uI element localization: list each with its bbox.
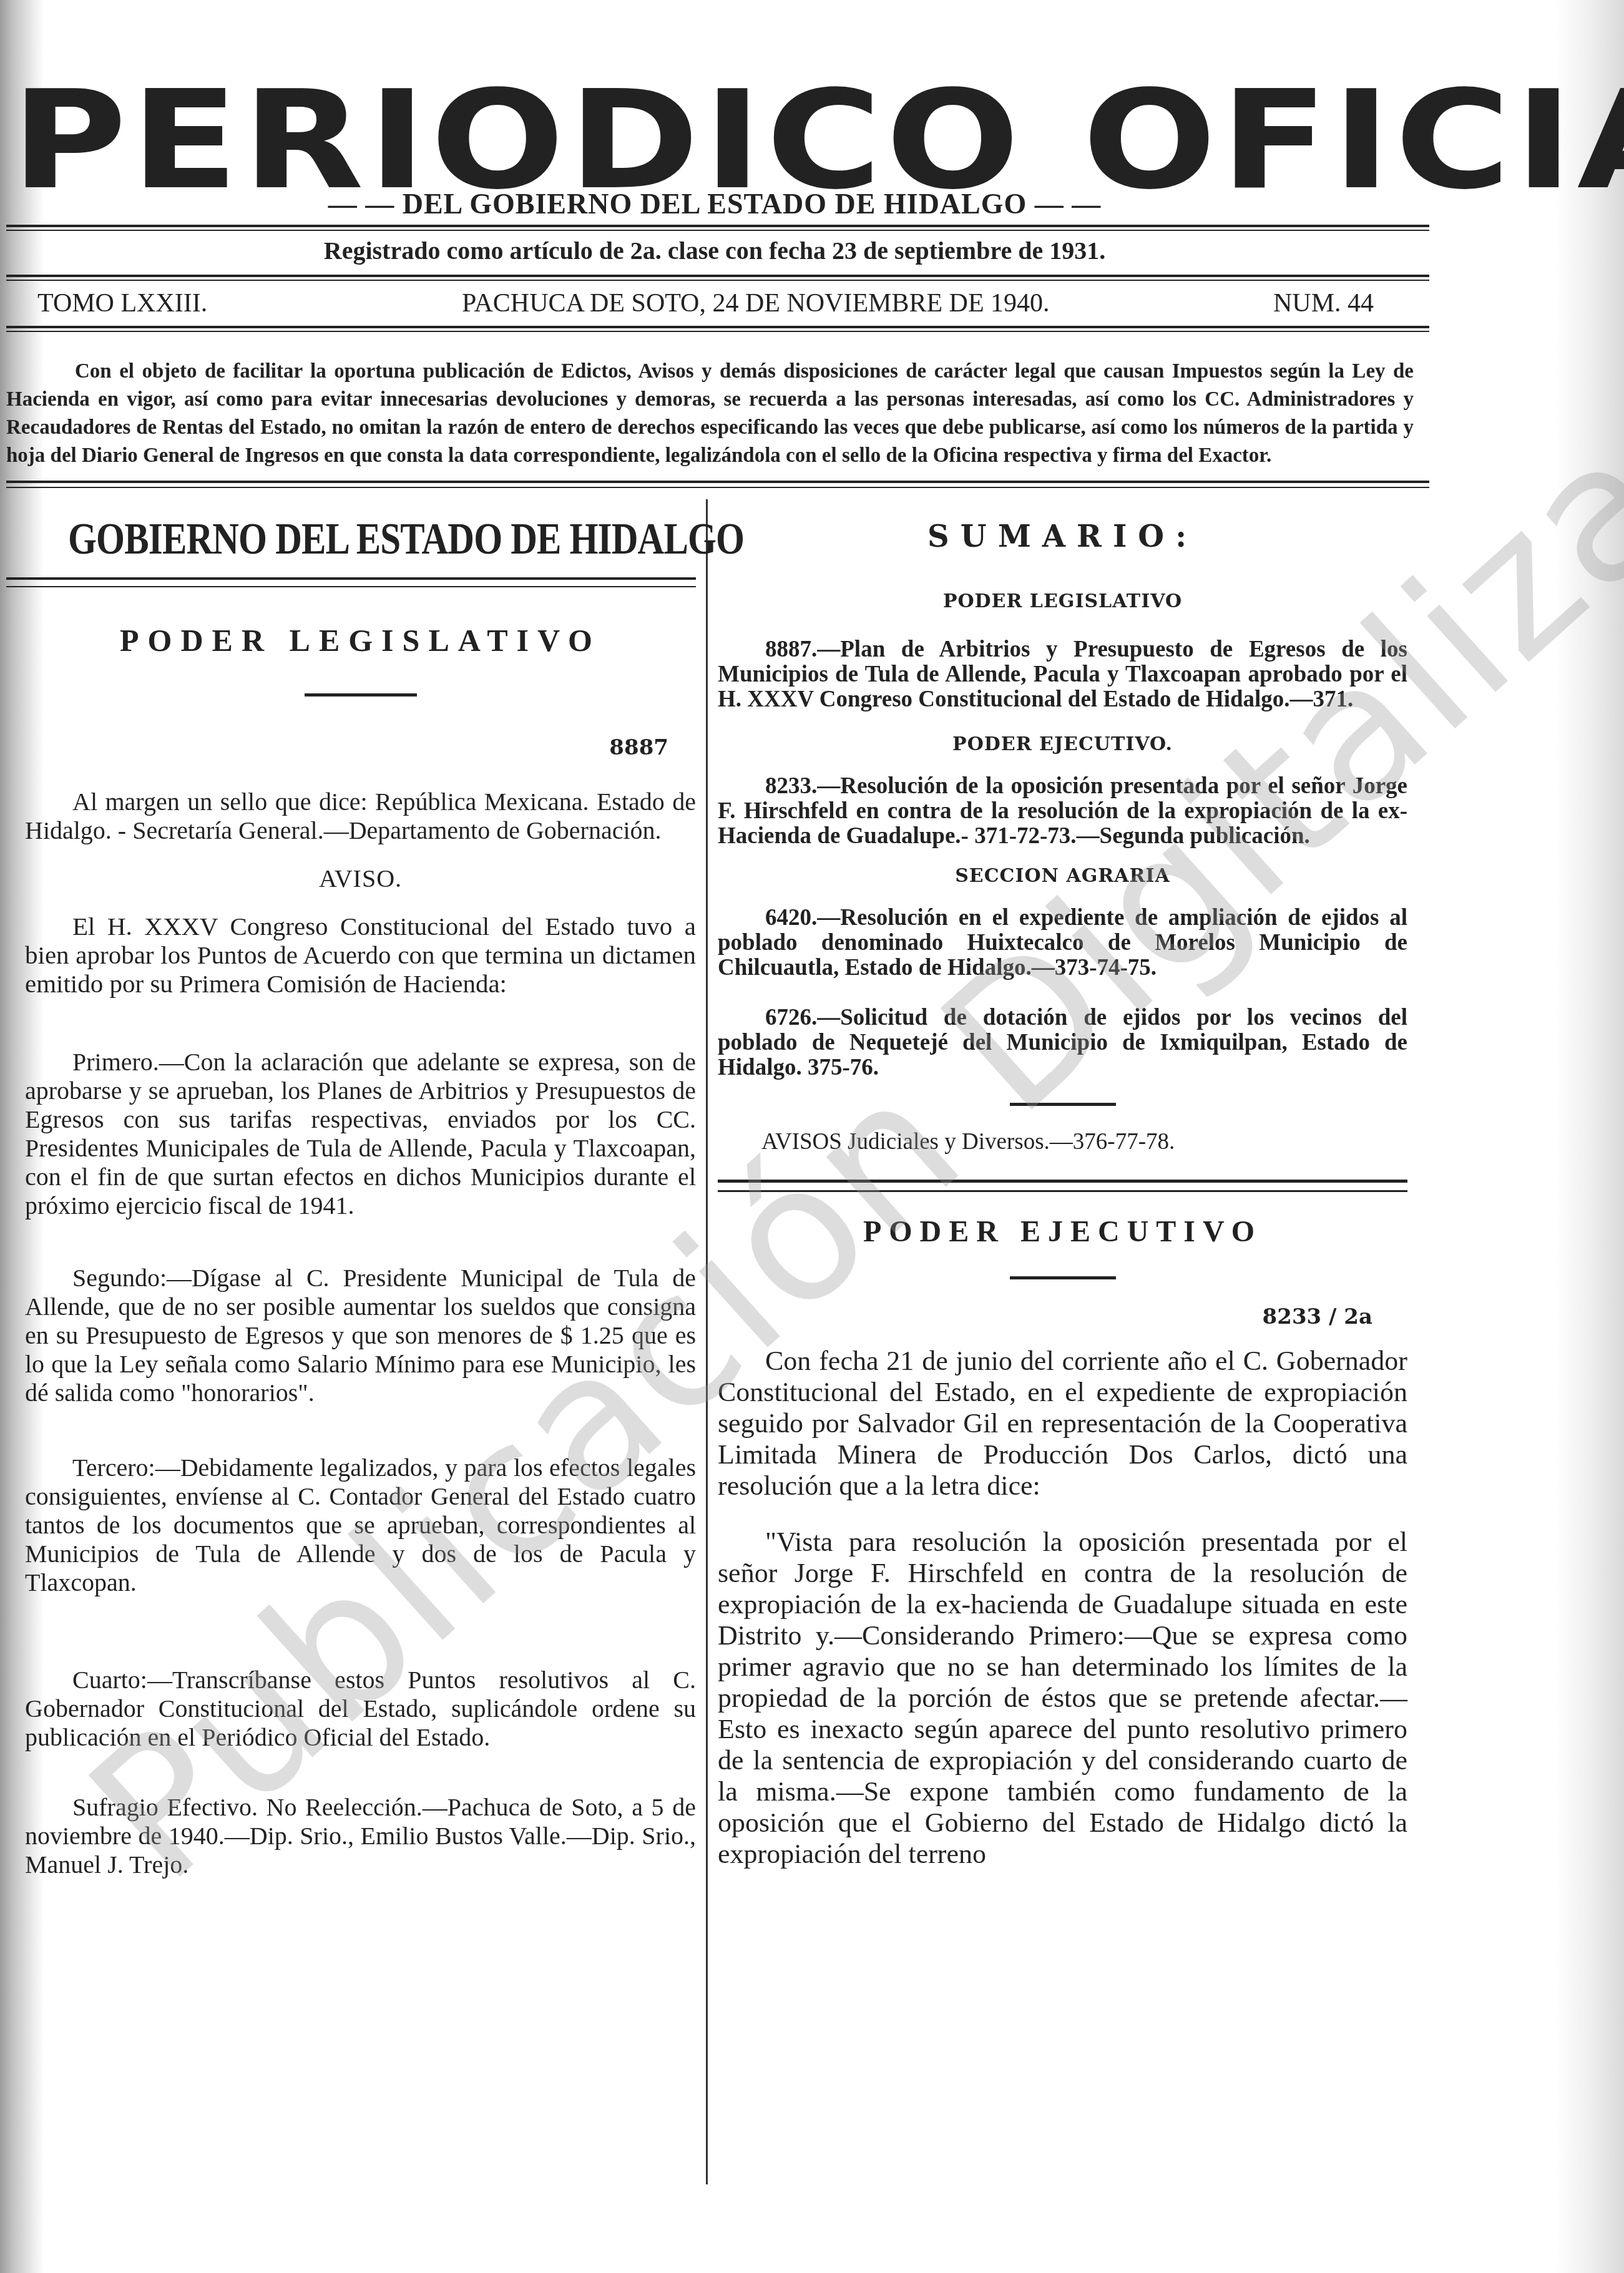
point-segundo: Segundo:—Dígase al C. Presidente Municip… [25,1264,696,1407]
divider-rule [6,326,1429,332]
summary-heading-agraria: SECCION AGRARIA [718,865,1407,887]
divider-rule [6,275,1429,281]
scan-edge-shadow-right [1555,0,1624,2273]
summary-avisos: AVISOS Judiciales y Diversos.—376-77-78. [718,1130,1407,1155]
issue-info-row: TOMO LXXIII. PACHUCA DE SOTO, 24 DE NOVI… [37,288,1411,323]
left-column: GOBIERNO DEL ESTADO DE HIDALGO PODER LEG… [25,493,696,1879]
point-primero: Primero.—Con la aclaración que adelante … [25,1048,696,1220]
divider-rule [718,1180,1407,1192]
short-rule [1010,1103,1116,1106]
body-paragraph: "Vista para resolución la oposición pres… [718,1527,1407,1870]
aviso-heading: AVISO. [25,864,696,893]
summary-heading-ejecutivo: PODER EJECUTIVO. [718,733,1407,755]
summary-heading-legislativo: PODER LEGISLATIVO [718,590,1407,612]
summary-item: 8887.—Plan de Arbitrios y Presupuesto de… [718,637,1407,712]
column-divider [706,499,708,2184]
summary-item: 6420.—Resolución en el expediente de amp… [718,906,1407,980]
divider-rule [6,577,696,587]
divider-rule [6,225,1429,231]
short-rule [305,693,417,697]
right-column: SUMARIO: PODER LEGISLATIVO 8887.—Plan de… [718,493,1407,1870]
issue-number: NUM. 44 [1273,288,1374,318]
volume-label: TOMO LXXIII. [37,288,207,318]
divider-rule [6,481,1429,488]
intro-paragraph: El H. XXXV Congreso Constitucional del E… [25,912,696,998]
short-rule [1010,1276,1116,1279]
publication-notice: Con el objeto de facilitar la oportuna p… [6,358,1414,470]
seal-paragraph: Al margen un sello que dice: República M… [25,788,696,845]
summary-item: 8233.—Resolución de la oposición present… [718,774,1407,849]
place-date: PACHUCA DE SOTO, 24 DE NOVIEMBRE DE 1940… [462,288,1050,318]
document-number: 8887 [25,735,696,760]
masthead-subtitle: — — DEL GOBIERNO DEL ESTADO DE HIDALGO —… [0,187,1429,220]
point-cuarto: Cuarto:—Transcríbanse estos Puntos resol… [25,1666,696,1752]
section-title-legislativo: PODER LEGISLATIVO [25,622,696,658]
signature-paragraph: Sufragio Efectivo. No Reelección.—Pachuc… [25,1793,696,1879]
summary-title: SUMARIO: [718,519,1407,554]
section-title-ejecutivo: PODER EJECUTIVO [718,1215,1407,1249]
summary-item: 6726.—Solicitud de dotación de ejidos po… [718,1005,1407,1080]
document-number: 8233 / 2a [718,1304,1407,1329]
body-paragraph: Con fecha 21 de junio del corriente año … [718,1346,1407,1502]
point-tercero: Tercero:—Debidamente legalizados, y para… [25,1454,696,1597]
government-header: GOBIERNO DEL ESTADO DE HIDALGO [68,513,631,565]
registration-line: Registrado como artículo de 2a. clase co… [0,236,1429,265]
